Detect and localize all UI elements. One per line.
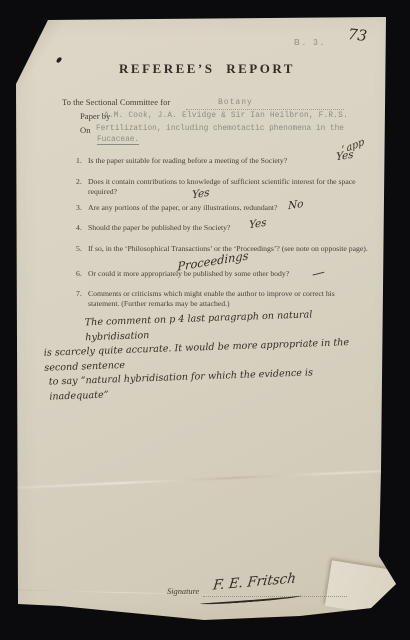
question-3: 3. Are any portions of the paper, or any… xyxy=(76,203,368,213)
signature-label: Signature xyxy=(167,587,199,596)
question-7: 7. Comments or criticisms which might en… xyxy=(76,289,368,308)
file-stamp: B. 3. xyxy=(294,38,326,47)
handwritten-referee-comment: The comment on p 4 last paragraph on nat… xyxy=(43,306,376,404)
paper-authors: A.M. Cook, J.A. Elvidge & Sir Ian Heilbr… xyxy=(104,112,348,120)
question-6-number: 6. xyxy=(76,269,82,279)
subject-label: On xyxy=(80,125,91,135)
committee-label: To the Sectional Committee for xyxy=(62,97,170,107)
paper-sheet: B. 3. 73 REFEREE’S REPORT To the Section… xyxy=(0,0,410,640)
question-1: 1. Is the paper suitable for reading bef… xyxy=(76,156,368,166)
question-7-number: 7. xyxy=(76,289,82,299)
question-2-number: 2. xyxy=(76,177,82,187)
answer-2-handwritten: Yes xyxy=(192,187,210,202)
subject-line2: Fucaceae. xyxy=(97,136,139,145)
paper-crease xyxy=(0,468,410,490)
question-1-text: Is the paper suitable for reading before… xyxy=(88,156,368,166)
committee-value: Botany xyxy=(186,98,344,110)
scanned-document-page: B. 3. 73 REFEREE’S REPORT To the Section… xyxy=(0,0,410,640)
pencil-page-number: 73 xyxy=(347,25,368,45)
question-7-text: Comments or criticisms which might enabl… xyxy=(88,289,368,308)
question-4: 4. Should the paper be published by the … xyxy=(76,223,368,233)
question-2-text: Does it contain contributions to knowled… xyxy=(88,177,368,196)
question-3-text: Are any portions of the paper, or any il… xyxy=(88,203,368,213)
question-2: 2. Does it contain contributions to know… xyxy=(76,177,368,196)
page-title: REFEREE’S REPORT xyxy=(0,61,410,77)
question-3-number: 3. xyxy=(76,203,82,213)
question-4-number: 4. xyxy=(76,223,82,233)
question-4-text: Should the paper be published by the Soc… xyxy=(88,223,368,233)
subject-line1: Fertilization, including chemotactic phe… xyxy=(96,125,344,133)
answer-6-handwritten: — xyxy=(310,265,326,283)
answer-3-handwritten: No xyxy=(288,198,304,213)
question-1-number: 1. xyxy=(76,156,82,166)
question-5-number: 5. xyxy=(76,244,82,254)
